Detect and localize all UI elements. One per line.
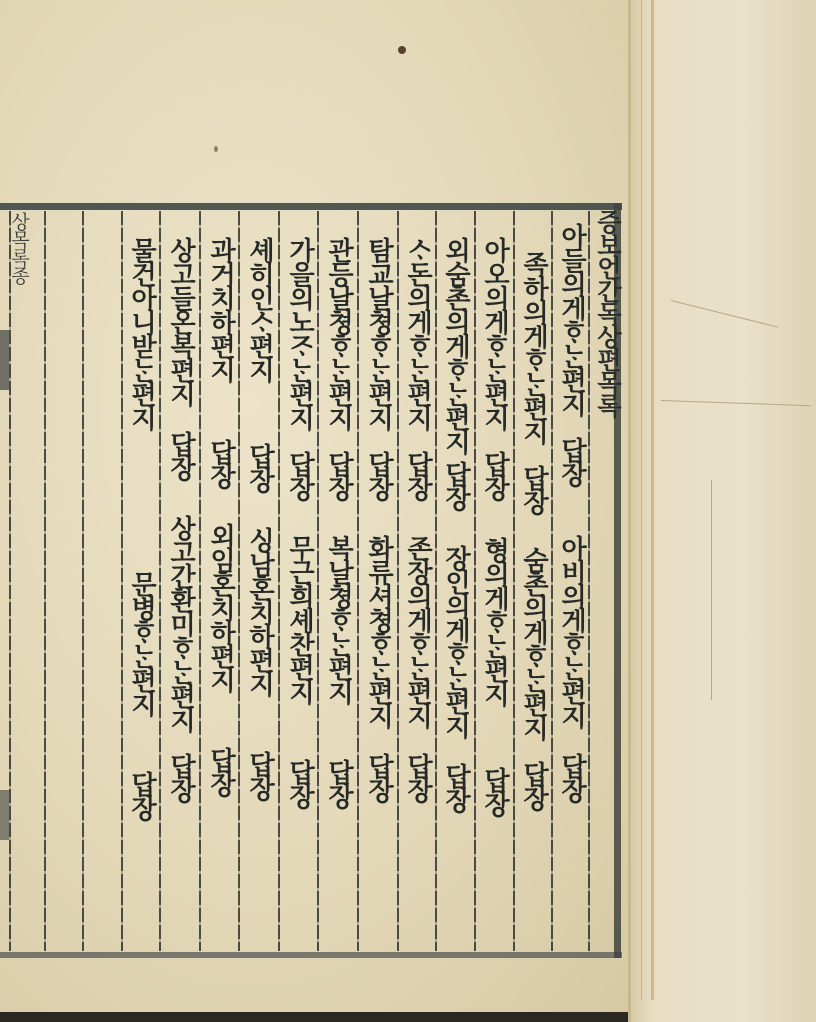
entry-lower-reply: 답장: [126, 771, 157, 819]
entry-lower: 형의게ᄒᆞᄂᆞᆫ편지: [479, 537, 510, 705]
entry-lower: 외임혼치하편지: [205, 523, 236, 691]
entry-upper: 가을의노ᄌᆞᄂᆞᆫ편지: [284, 237, 315, 429]
entry-upper: 탐교날쳥ᄒᆞᄂᆞᆫ편지: [363, 237, 394, 429]
toc-column-2: 족하의게ᄒᆞᄂᆞᆫ편지 답장 숨촌의게ᄒᆞᄂᆞᆫ편지 답장: [515, 251, 551, 809]
toc-column-4: 외숨촌의게ᄒᆞᄂᆞᆫ편지 답장 장인의게ᄒᆞᄂᆞᆫ편지 답장: [437, 237, 473, 811]
entry-lower-reply: 답장: [323, 759, 354, 807]
entry-upper: 물건아니받ᄂᆞᆫ편지: [126, 237, 157, 429]
entry-lower-reply: 답장: [402, 753, 433, 801]
entry-upper-reply: 답장: [244, 443, 275, 491]
entry-lower-reply: 답장: [284, 759, 315, 807]
entry-upper: 상고들온복편지: [165, 237, 196, 405]
ink-spot: [398, 46, 406, 54]
toc-column-9: 셰히인ᄉᆞ편지 답장 싱남혼치하편지 답장: [241, 237, 277, 799]
column-rule: [238, 211, 240, 951]
page-edge: [641, 0, 642, 1000]
text-frame: 증보언간독상편목록 아들의게ᄒᆞᄂᆞᆫ편지 답장 아비의게ᄒᆞᄂᆞᆫ편지 답장 …: [0, 203, 622, 959]
entry-lower-reply: 답장: [205, 747, 236, 795]
margin-edge-mark: [0, 790, 9, 840]
entry-lower: 싱남혼치하편지: [244, 527, 275, 695]
paper-crack: [711, 480, 712, 700]
entry-lower: 존장의게ᄒᆞᄂᆞᆫ편지: [402, 535, 433, 727]
toc-column-8: 가을의노ᄌᆞᄂᆞᆫ편지 답장 무근희셰찬편지 답장: [281, 237, 317, 807]
entry-upper-reply: 답장: [363, 451, 394, 499]
column-rule: [44, 211, 46, 951]
entry-lower: 상고간환미ᄒᆞᄂᆞᆫ편지: [165, 515, 196, 731]
frame-top-border: [0, 203, 622, 210]
entry-lower-reply: 답장: [165, 753, 196, 801]
column-rule: [9, 211, 11, 951]
column-rule: [159, 211, 161, 951]
entry-upper-reply: 답장: [479, 451, 510, 499]
toc-column-5: ᄉᆞ돈의게ᄒᆞᄂᆞᆫ편지 답장 존장의게ᄒᆞᄂᆞᆫ편지 답장: [399, 237, 435, 801]
entry-upper-reply: 답장: [165, 431, 196, 479]
entry-upper-reply: 답장: [284, 451, 315, 499]
toc-column-6: 탐교날쳥ᄒᆞᄂᆞᆫ편지 답장 화류셔쳥ᄒᆞᄂᆞᆫ편지 답장: [360, 237, 396, 801]
left-page: 증보언간독상편목록 아들의게ᄒᆞᄂᆞᆫ편지 답장 아비의게ᄒᆞᄂᆞᆫ편지 답장 …: [0, 0, 628, 1012]
column-rule: [357, 211, 359, 951]
bottom-edge-shadow: [0, 1012, 628, 1022]
entry-upper-reply: 답장: [518, 465, 549, 513]
column-rule: [199, 211, 201, 951]
paper-crack: [671, 300, 778, 328]
toc-column-3: 아오의게ᄒᆞᄂᆞᆫ편지 답장 형의게ᄒᆞᄂᆞᆫ편지 답장: [476, 237, 512, 815]
entry-upper-reply: 답장: [323, 451, 354, 499]
paper-crack: [661, 400, 811, 406]
page-crease: [651, 0, 654, 1000]
ink-spot: [214, 146, 218, 152]
right-page-blank: [628, 0, 816, 1022]
entry-upper: 족하의게ᄒᆞᄂᆞᆫ편지: [518, 251, 549, 443]
entry-lower: 문병ᄒᆞᄂᆞᆫ편지: [126, 571, 157, 715]
column-rule: [317, 211, 319, 951]
entry-lower: 무근희셰찬편지: [284, 535, 315, 703]
column-rule: [278, 211, 280, 951]
entry-upper-reply: 답장: [402, 451, 433, 499]
entry-upper: 아오의게ᄒᆞᄂᆞᆫ편지: [479, 237, 510, 429]
entry-lower-reply: 답장: [556, 753, 587, 801]
entry-lower-reply: 답장: [363, 753, 394, 801]
entry-upper: 과거치하편지: [205, 237, 236, 381]
entry-lower: 복날쳥ᄒᆞᄂᆞᆫ편지: [323, 535, 354, 703]
toc-column-11: 상고들온복편지 답장 상고간환미ᄒᆞᄂᆞᆫ편지 답장: [162, 237, 198, 801]
entry-upper: ᄉᆞ돈의게ᄒᆞᄂᆞᆫ편지: [402, 237, 433, 429]
entry-upper: 관등날쳥ᄒᆞᄂᆞᆫ편지: [323, 237, 354, 429]
column-rule: [82, 211, 84, 951]
toc-title-text: 증보언간독상편목록: [593, 209, 624, 416]
toc-column-12: 물건아니받ᄂᆞᆫ편지 문병ᄒᆞᄂᆞᆫ편지 답장: [123, 237, 159, 819]
entry-lower: 아비의게ᄒᆞᄂᆞᆫ편지: [556, 535, 587, 727]
toc-column-7: 관등날쳥ᄒᆞᄂᆞᆫ편지 답장 복날쳥ᄒᆞᄂᆞᆫ편지 답장: [320, 237, 356, 807]
entry-upper: 아들의게ᄒᆞᄂᆞᆫ편지: [556, 223, 587, 415]
margin-edge-mark: [0, 330, 9, 390]
entry-lower-reply: 답장: [479, 767, 510, 815]
entry-lower: 장인의게ᄒᆞᄂᆞᆫ편지: [440, 545, 471, 737]
entry-lower: 화류셔쳥ᄒᆞᄂᆞᆫ편지: [363, 535, 394, 727]
entry-upper-reply: 답장: [205, 439, 236, 487]
frame-bottom-border: [0, 952, 622, 958]
entry-lower-reply: 답장: [518, 761, 549, 809]
entry-upper: 셰히인ᄉᆞ편지: [244, 237, 275, 381]
entry-lower: 숨촌의게ᄒᆞᄂᆞᆫ편지: [518, 547, 549, 739]
toc-column-10: 과거치하편지 답장 외임혼치하편지 답장: [202, 237, 238, 795]
entry-lower-reply: 답장: [440, 763, 471, 811]
entry-upper-reply: 답장: [440, 461, 471, 509]
toc-column-1: 아들의게ᄒᆞᄂᆞᆫ편지 답장 아비의게ᄒᆞᄂᆞᆫ편지 답장: [553, 223, 589, 801]
entry-upper-reply: 답장: [556, 437, 587, 485]
toc-title: 증보언간독상편목록: [590, 209, 626, 416]
entry-upper: 외숨촌의게ᄒᆞᄂᆞᆫ편지: [440, 237, 471, 453]
entry-lower-reply: 답장: [244, 751, 275, 799]
margin-label: 상목록종: [6, 212, 33, 284]
